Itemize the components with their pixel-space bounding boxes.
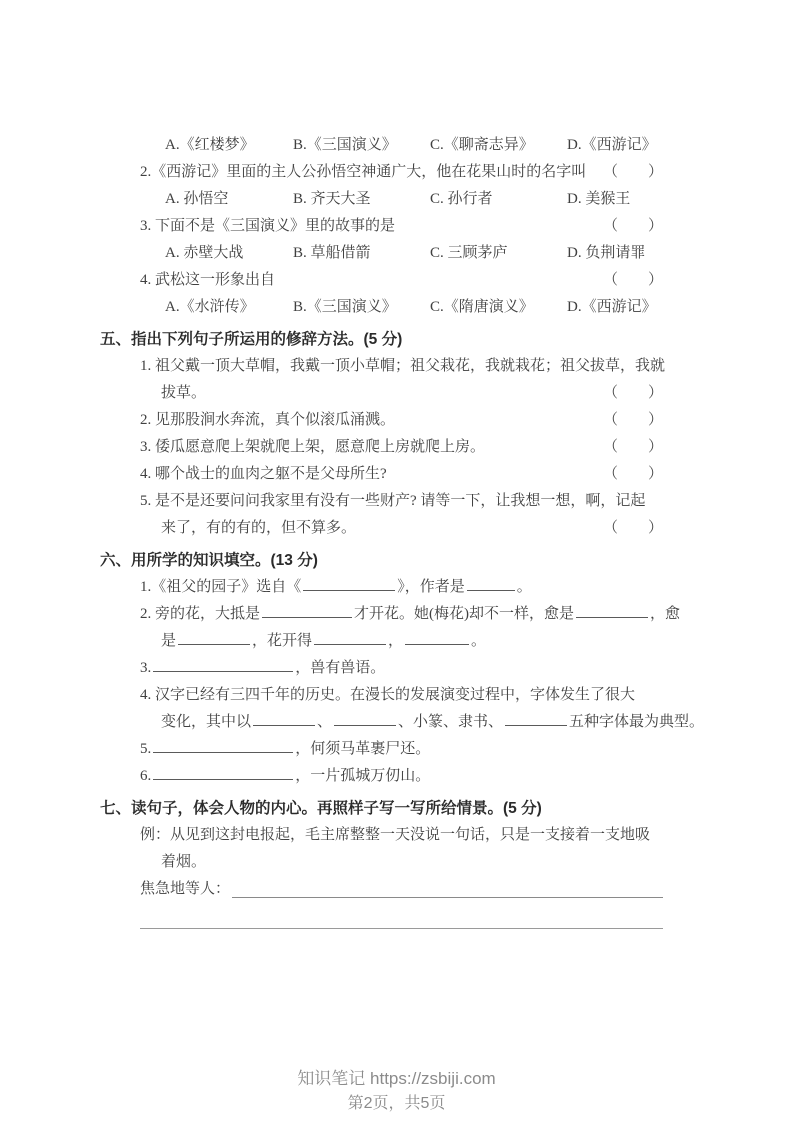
answer-paren: （ ）	[603, 434, 663, 461]
option-a: A. 孙悟空	[165, 186, 293, 213]
text-segment: 。	[517, 579, 532, 595]
sentence-text: 拔草。	[161, 385, 206, 401]
option-c: C.《聊斋志异》	[430, 132, 567, 159]
answer-paren: （ ）	[603, 461, 663, 488]
text-segment: 五种字体最为典型。	[569, 714, 704, 730]
text-segment: 变化，其中以	[161, 714, 251, 730]
s6-q6-line: 6.，一片孤城万仞山。	[140, 763, 700, 790]
s5-q5-line2: 来了，有的有的，但不算多。 （ ）	[161, 515, 700, 542]
text-segment: 才开花。她(梅花)却不一样，愈是	[354, 606, 574, 622]
text-segment: ，一片孤城万仞山。	[295, 768, 430, 784]
option-a: A.《水浒传》	[165, 294, 293, 321]
s6-q2-line1: 2. 旁的花，大抵是才开花。她(梅花)却不一样，愈是，愈	[140, 601, 700, 628]
answer-paren: （ ）	[603, 213, 663, 240]
footer-site-line: 知识笔记 https://zsbiji.com	[0, 1064, 793, 1089]
blank-underline	[334, 711, 396, 726]
sentence-text: 3. 倭瓜愿意爬上架就爬上架，愿意爬上房就爬上房。	[140, 439, 485, 455]
blank-underline	[153, 657, 293, 672]
options-row-q2: A. 孙悟空 B. 齐天大圣 C. 孙行者 D. 美猴王	[165, 186, 700, 213]
answer-paren: （ ）	[603, 380, 663, 407]
option-a: A. 赤壁大战	[165, 240, 293, 267]
text-segment: ，愈	[650, 606, 680, 622]
option-c: C. 三顾茅庐	[430, 240, 567, 267]
sentence-text: 1. 祖父戴一顶大草帽，我戴一顶小草帽；祖父栽花，我就栽花；祖父拔草，我就	[140, 358, 665, 374]
text-segment: 6.	[140, 768, 151, 784]
text-segment: 3.	[140, 660, 151, 676]
s7-example-line2: 着烟。	[161, 849, 700, 876]
blank-underline	[153, 765, 293, 780]
s6-q5-line: 5.，何须马革裹尸还。	[140, 736, 700, 763]
s6-q3-line: 3.，兽有兽语。	[140, 655, 700, 682]
section-five-title: 五、指出下列句子所运用的修辞方法。(5 分)	[100, 326, 700, 353]
question-text: 4. 武松这一形象出自	[140, 272, 275, 288]
blank-underline	[178, 630, 250, 645]
text-segment: ，何须马革裹尸还。	[295, 741, 430, 757]
text-segment: 5.	[140, 741, 151, 757]
blank-underline	[303, 576, 395, 591]
text-segment: 是	[161, 633, 176, 649]
question-text: 2.《西游记》里面的主人公孙悟空神通广大，他在花果山时的名字叫	[140, 164, 586, 180]
option-b: B. 齐天大圣	[293, 186, 430, 213]
text-segment: 4. 汉字已经有三四千年的历史。在漫长的发展演变过程中，字体发生了很大	[140, 687, 635, 703]
sentence-text: 2. 见那股涧水奔流，真个似滚瓜涌溅。	[140, 412, 395, 428]
text-segment: 》，作者是	[397, 579, 465, 595]
option-b: B.《三国演义》	[293, 294, 430, 321]
text-segment: 。	[471, 633, 486, 649]
question-line-q3: 3. 下面不是《三国演义》里的故事的是 （ ）	[140, 213, 700, 240]
footer-page-number: 第2页，共5页	[0, 1090, 793, 1113]
option-d: D. 负荆请罪	[567, 240, 645, 267]
blank-underline	[505, 711, 567, 726]
option-d: D. 美猴王	[567, 186, 630, 213]
page-footer: 知识笔记 https://zsbiji.com 第2页，共5页	[0, 1064, 793, 1113]
sentence-text: 来了，有的有的，但不算多。	[161, 520, 356, 536]
exam-page: A.《红楼梦》 B.《三国演义》 C.《聊斋志异》 D.《西游记》 2.《西游记…	[0, 0, 793, 1122]
option-d: D.《西游记》	[567, 294, 657, 321]
question-line-q2: 2.《西游记》里面的主人公孙悟空神通广大，他在花果山时的名字叫 （ ）	[140, 159, 700, 186]
s5-q2-line: 2. 见那股涧水奔流，真个似滚瓜涌溅。 （ ）	[140, 407, 700, 434]
answer-paren: （ ）	[603, 407, 663, 434]
s6-q2-line2: 是，花开得，。	[161, 628, 700, 655]
blank-underline	[405, 630, 469, 645]
s7-answer-prompt-line: 焦急地等人：	[140, 876, 700, 903]
blank-underline	[262, 603, 352, 618]
s5-q1-line2: 拔草。 （ ）	[161, 380, 700, 407]
options-row-q3: A. 赤壁大战 B. 草船借箭 C. 三顾茅庐 D. 负荆请罪	[165, 240, 700, 267]
answer-paren: （ ）	[603, 267, 663, 294]
option-d: D.《西游记》	[567, 132, 657, 159]
example-text: 着烟。	[161, 854, 206, 870]
blank-underline	[314, 630, 386, 645]
options-row-q4: A.《水浒传》 B.《三国演义》 C.《隋唐演义》 D.《西游记》	[165, 294, 700, 321]
text-segment: 、	[317, 714, 332, 730]
s5-q5-line1: 5. 是不是还要问问我家里有没有一些财产? 请等一下，让我想一想，啊，记起	[140, 488, 700, 515]
option-b: B. 草船借箭	[293, 240, 430, 267]
text-segment: ，花开得	[252, 633, 312, 649]
text-segment: 、小篆、隶书、	[398, 714, 503, 730]
s6-q4-line2: 变化，其中以、、小篆、隶书、五种字体最为典型。	[161, 709, 700, 736]
s6-q1-line: 1.《祖父的园子》选自《》，作者是。	[140, 574, 700, 601]
option-c: C.《隋唐演义》	[430, 294, 567, 321]
section-six-title: 六、用所学的知识填空。(13 分)	[100, 547, 700, 574]
exam-content: A.《红楼梦》 B.《三国演义》 C.《聊斋志异》 D.《西游记》 2.《西游记…	[100, 132, 700, 929]
option-c: C. 孙行者	[430, 186, 567, 213]
option-b: B.《三国演义》	[293, 132, 430, 159]
blank-underline	[576, 603, 648, 618]
question-text: 3. 下面不是《三国演义》里的故事的是	[140, 218, 395, 234]
answer-paren: （ ）	[603, 159, 663, 186]
prompt-text: 焦急地等人：	[140, 876, 230, 903]
section-seven-title: 七、读句子，体会人物的内心。再照样子写一写所给情景。(5 分)	[100, 795, 700, 822]
s5-q1-line1: 1. 祖父戴一顶大草帽，我戴一顶小草帽；祖父栽花，我就栽花；祖父拔草，我就	[140, 353, 700, 380]
options-row-q1: A.《红楼梦》 B.《三国演义》 C.《聊斋志异》 D.《西游记》	[165, 132, 700, 159]
text-segment: ，兽有兽语。	[295, 660, 385, 676]
text-segment: ，	[388, 633, 403, 649]
question-line-q4: 4. 武松这一形象出自 （ ）	[140, 267, 700, 294]
option-a: A.《红楼梦》	[165, 132, 293, 159]
ruled-answer-line	[140, 928, 663, 929]
s5-q4-line: 4. 哪个战士的血肉之躯不是父母所生? （ ）	[140, 461, 700, 488]
example-text: 例：从见到这封电报起，毛主席整整一天没说一句话，只是一支接着一支地吸	[140, 827, 650, 843]
blank-underline	[467, 576, 515, 591]
blank-underline	[253, 711, 315, 726]
answer-write-line	[232, 876, 663, 898]
s5-q3-line: 3. 倭瓜愿意爬上架就爬上架，愿意爬上房就爬上房。 （ ）	[140, 434, 700, 461]
answer-paren: （ ）	[603, 515, 663, 542]
blank-underline	[153, 738, 293, 753]
sentence-text: 5. 是不是还要问问我家里有没有一些财产? 请等一下，让我想一想，啊，记起	[140, 493, 645, 509]
text-segment: 2. 旁的花，大抵是	[140, 606, 260, 622]
s6-q4-line1: 4. 汉字已经有三四千年的历史。在漫长的发展演变过程中，字体发生了很大	[140, 682, 700, 709]
sentence-text: 4. 哪个战士的血肉之躯不是父母所生?	[140, 466, 387, 482]
text-segment: 1.《祖父的园子》选自《	[140, 579, 301, 595]
s7-example-line1: 例：从见到这封电报起，毛主席整整一天没说一句话，只是一支接着一支地吸	[140, 822, 700, 849]
